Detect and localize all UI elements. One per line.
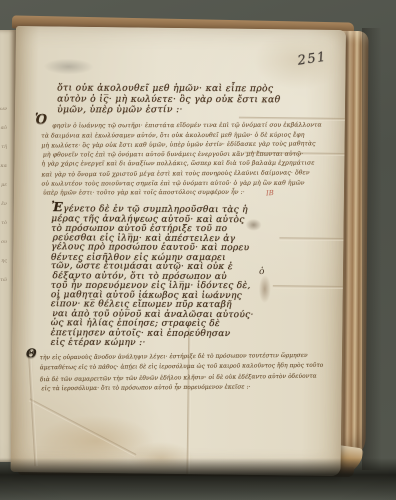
gospel-text-line: τοῦ ἦν πορευόμενον εἰς ἱλη̅μ· ἰδόντες δὲ… [51, 282, 252, 292]
gospel-text-line: εἰς ἑτέραν κώμην :· [51, 339, 252, 349]
parchment-crease [273, 285, 343, 289]
gospel-text-block-2: Ἐγένετο δὲ ἐν τῷ συμπληροῦσθαι τὰς ἡμέρα… [51, 202, 253, 349]
commentary-block-2: τὴν εἰς οὐρανοὺς ἄνοδον ἀνάληψιν λέγει· … [40, 351, 324, 395]
margin-stain [259, 275, 271, 303]
gospel-text-line: ναι ἀπὸ τοῦ οὐν̅οῦ καὶ ἀναλῶσαι αὐτούς· [52, 310, 253, 321]
commentary-block-1: φησὶν ὁ ἰωάννης τῷ σωτῆρι· ἐπιστάτα εἴδο… [41, 121, 322, 199]
folio-page-number: 251 [297, 50, 328, 69]
chapter-number-rubric: ΙΒ [266, 189, 274, 198]
photo-background: ωναὐτῆκαμεἐντὸουηςτῶ 251 ὅτι οὐκ ἀκολουθ… [0, 0, 396, 500]
book-side-shadow [362, 28, 388, 470]
parchment-smudge [43, 58, 93, 75]
parchment-crease-diagonal [29, 398, 137, 456]
commentary-text-line: φησὶν ὁ ἰωάννης τῷ σωτῆρι· ἐπιστάτα εἴδο… [41, 121, 321, 132]
facing-page-text-scrap: αὐ [0, 119, 16, 138]
gospel-text-line: ὑμῶν, ὑπὲρ ὑμῶν ἐστίν :· [57, 105, 280, 116]
parchment-fold [28, 354, 37, 466]
parchment-crease-vertical [187, 328, 192, 474]
facing-page-text-scrap: ων [0, 100, 16, 119]
parchment-crease [279, 237, 343, 241]
book-floor-shadow [0, 458, 396, 500]
manuscript-page: 251 ὅτι οὐκ ἀκολουθεῖ μεθ ἡμῶν· καὶ εἶπε… [11, 26, 346, 476]
commentary-text-line: μὴ φθονεῖν τοῖς ἐπὶ τῷ ὀνόματι αὐτοῦ δυν… [43, 149, 323, 160]
marginal-initial-theta: Θ [26, 346, 37, 360]
commentary-text-line: εἰς τὰ ἱεροσόλυμα· ὅτι τὸ πρόσωπον αὐτοῦ… [41, 382, 325, 395]
commentary-text-line: ὑπὲρ ἡμῶν ἐστι· τοῦτο γὰρ καὶ τοῖς ἀποστ… [43, 188, 323, 199]
gospel-text-line: ρεύεσθαι εἰς ἱλη̅μ· καὶ ἀπέστειλεν ἀγ [53, 234, 254, 245]
gospel-text-block-1: ὅτι οὐκ ἀκολουθεῖ μεθ ἡμῶν· καὶ εἶπε πρὸ… [57, 83, 280, 116]
margin-gloss-mark: ὁ [259, 267, 265, 277]
gospel-text-line: θέντες εἰσῆλθον εἰς κώμην σαμαρει [51, 253, 252, 263]
